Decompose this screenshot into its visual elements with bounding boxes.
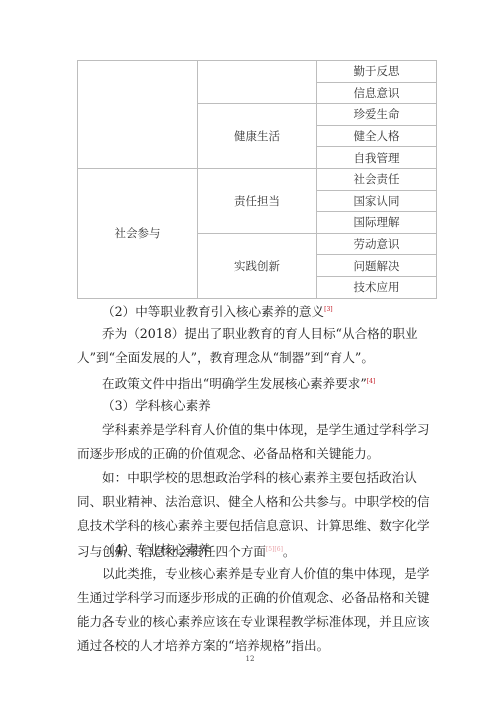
paragraph: 各专业的核心素养应该在专业课程教学标准体现，并且应该通过各校的人才培养方案的“培… (77, 610, 435, 658)
citation-link[interactable]: [4] (367, 378, 376, 385)
table-row: 勤于反思 (78, 61, 437, 83)
table-cell-subcategory (198, 61, 317, 104)
heading-text: （2）中等职业教育引入核心素养的意义 (102, 304, 324, 319)
paragraph: 在政策文件中指出“明确学生发展核心素养要求”[4] (77, 370, 435, 396)
citation-link[interactable]: [3] (324, 306, 333, 313)
table-cell-item: 问题解决 (317, 255, 437, 277)
core-literacy-table: 勤于反思 信息意识 健康生活 珍爱生命 健全人格 自我管理 社会参与 责任担当 … (77, 60, 437, 299)
section-heading-3: （3）学科核心素养 (77, 394, 435, 418)
paragraph: 学科素养是学科育人价值的集中体现，是学生通过学科学习而逐步形成的正确的价值观念、… (77, 418, 435, 466)
paragraph: 乔为（2018）提出了职业教育的育人目标“从合格的职业人”到“全面发展的人”，教… (77, 322, 435, 370)
table-cell-category: 社会参与 (78, 168, 198, 298)
section-heading-4: （4）专业核心素养 (77, 538, 435, 562)
table-cell-subcategory: 责任担当 (198, 168, 317, 233)
table-cell-item: 信息意识 (317, 82, 437, 104)
document-page: 勤于反思 信息意识 健康生活 珍爱生命 健全人格 自我管理 社会参与 责任担当 … (0, 0, 500, 707)
page-number: 12 (0, 655, 500, 663)
table-cell-item: 社会责任 (317, 168, 437, 190)
table-row: 社会参与 责任担当 社会责任 (78, 168, 437, 190)
table-cell-item: 健全人格 (317, 125, 437, 147)
table-cell-item: 劳动意识 (317, 233, 437, 255)
table-cell-item: 珍爱生命 (317, 104, 437, 126)
table-cell-item: 自我管理 (317, 147, 437, 169)
table-cell-item: 勤于反思 (317, 61, 437, 83)
table-cell-subcategory: 实践创新 (198, 233, 317, 298)
table-cell-category (78, 61, 198, 169)
table-cell-item: 国际理解 (317, 212, 437, 234)
table-cell-item: 技术应用 (317, 276, 437, 298)
paragraph-text: 在政策文件中指出“明确学生发展核心素养要求” (102, 376, 367, 391)
section-heading-2: （2）中等职业教育引入核心素养的意义[3] (77, 298, 435, 324)
table-cell-subcategory: 健康生活 (198, 104, 317, 169)
table-cell-item: 国家认同 (317, 190, 437, 212)
